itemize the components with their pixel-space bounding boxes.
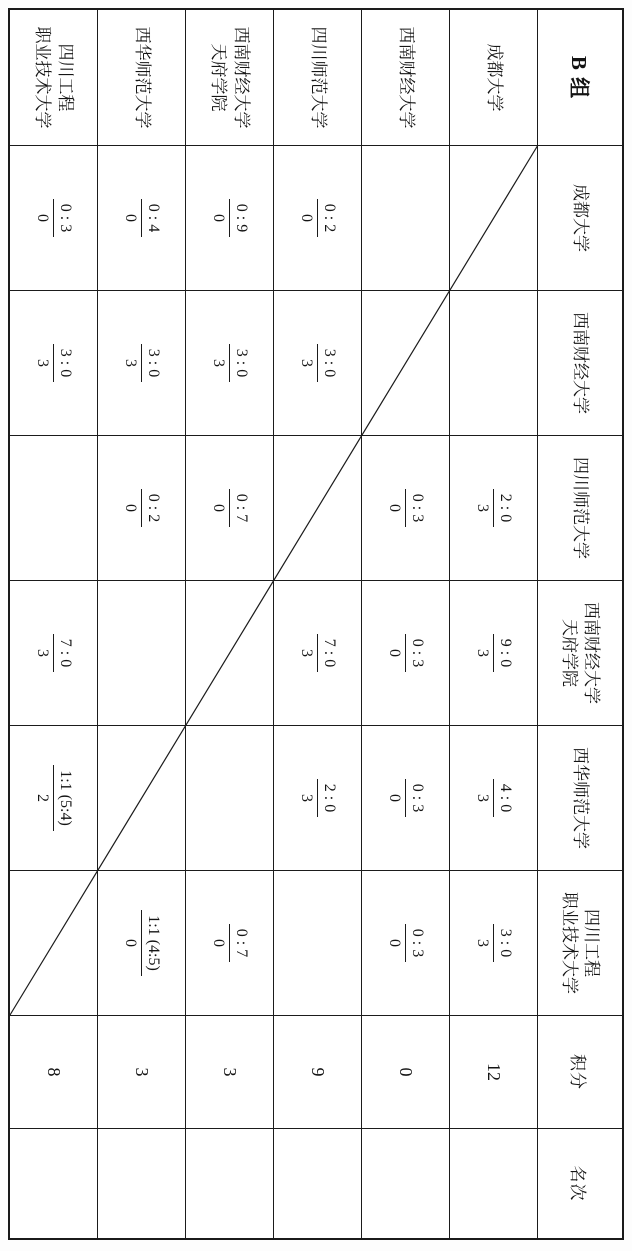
match-score: 0 : 7 (229, 489, 250, 527)
team-header-tianfu: 西南财经大学 天府学院 (538, 580, 622, 725)
points-header-cell: 积分 (538, 1015, 622, 1128)
points-total-cell: 0 (362, 1015, 450, 1128)
score-cell (186, 725, 274, 870)
match-score: 3 : 0 (141, 344, 162, 382)
score-cell: 0 : 70 (186, 435, 274, 580)
team-header-cwnu: 西华师范大学 (538, 725, 622, 870)
score-cell: 4 : 03 (450, 725, 538, 870)
match-points: 0 (209, 504, 227, 512)
score-cell: 3 : 03 (186, 290, 274, 435)
match-score: 0 : 3 (405, 489, 426, 527)
match-points: 0 (121, 939, 139, 947)
score-cell: 3 : 03 (10, 290, 98, 435)
score-cell: 0 : 30 (362, 580, 450, 725)
score-cell (274, 870, 362, 1015)
results-grid: B 组 成都大学 西南财经大学 四川师范大学 西南财经大学 天府学院 西华师范大… (10, 10, 622, 1238)
team-header-chengdu: 成都大学 (538, 145, 622, 290)
match-score: 0 : 7 (229, 924, 250, 962)
score-cell: 0 : 70 (186, 870, 274, 1015)
match-points: 2 (33, 794, 51, 802)
match-points: 0 (33, 214, 51, 222)
group-cell: B 组 (538, 10, 622, 145)
points-total-cell: 8 (10, 1015, 98, 1128)
match-score: 0 : 3 (405, 924, 426, 962)
points-total-cell: 3 (186, 1015, 274, 1128)
rank-cell (362, 1128, 450, 1238)
score-cell: 3 : 03 (450, 870, 538, 1015)
score-cell (450, 290, 538, 435)
score-cell: 1:1 (5:4)2 (10, 725, 98, 870)
team-label-cell: 四川工程 职业技术大学 (10, 10, 98, 145)
match-score: 0 : 9 (229, 199, 250, 237)
points-total-cell: 3 (98, 1015, 186, 1128)
team-header-sicnu: 四川师范大学 (538, 435, 622, 580)
rank-header-cell: 名次 (538, 1128, 622, 1238)
score-cell: 0 : 30 (362, 870, 450, 1015)
match-points: 0 (385, 649, 403, 657)
match-points: 3 (473, 794, 491, 802)
match-score: 2 : 0 (493, 489, 514, 527)
score-cell: 9 : 03 (450, 580, 538, 725)
match-score: 0 : 2 (317, 199, 338, 237)
match-points: 0 (297, 214, 315, 222)
rank-cell (10, 1128, 98, 1238)
match-points: 0 (121, 504, 139, 512)
self-match-cell (98, 725, 186, 870)
rank-cell (98, 1128, 186, 1238)
match-score: 4 : 0 (493, 779, 514, 817)
self-match-cell (10, 870, 98, 1015)
score-cell: 7 : 03 (274, 580, 362, 725)
rank-cell (186, 1128, 274, 1238)
score-cell: 0 : 20 (98, 435, 186, 580)
rank-cell (450, 1128, 538, 1238)
match-points: 3 (473, 649, 491, 657)
match-score: 1:1 (4:5) (141, 910, 162, 976)
match-points: 0 (385, 504, 403, 512)
score-cell: 0 : 20 (274, 145, 362, 290)
score-cell: 0 : 30 (362, 725, 450, 870)
match-points: 3 (297, 649, 315, 657)
rank-cell (274, 1128, 362, 1238)
match-points: 0 (209, 214, 227, 222)
match-score: 9 : 0 (493, 634, 514, 672)
score-cell: 3 : 03 (98, 290, 186, 435)
team-label-cell: 四川师范大学 (274, 10, 362, 145)
score-cell (98, 580, 186, 725)
score-cell: 0 : 30 (362, 435, 450, 580)
match-score: 7 : 0 (317, 634, 338, 672)
match-points: 3 (33, 359, 51, 367)
self-match-cell (362, 290, 450, 435)
team-label-cell: 成都大学 (450, 10, 538, 145)
score-cell: 3 : 03 (274, 290, 362, 435)
match-points: 3 (121, 359, 139, 367)
match-score: 7 : 0 (53, 634, 74, 672)
score-cell: 0 : 40 (98, 145, 186, 290)
match-score: 3 : 0 (229, 344, 250, 382)
team-label-cell: 西南财经大学 (362, 10, 450, 145)
score-cell: 2 : 03 (274, 725, 362, 870)
match-points: 0 (385, 939, 403, 947)
match-points: 3 (297, 794, 315, 802)
match-score: 0 : 2 (141, 489, 162, 527)
match-points: 0 (209, 939, 227, 947)
points-total-cell: 12 (450, 1015, 538, 1128)
score-cell (362, 145, 450, 290)
team-header-swufe: 西南财经大学 (538, 290, 622, 435)
match-score: 1:1 (5:4) (53, 765, 74, 831)
match-score: 3 : 0 (53, 344, 74, 382)
self-match-cell (274, 435, 362, 580)
match-score: 3 : 0 (493, 924, 514, 962)
match-points: 0 (121, 214, 139, 222)
self-match-cell (186, 580, 274, 725)
match-points: 3 (297, 359, 315, 367)
team-label-cell: 西南财经大学 天府学院 (186, 10, 274, 145)
match-score: 0 : 3 (53, 199, 74, 237)
match-score: 0 : 3 (405, 634, 426, 672)
scanned-score-sheet: B 组 成都大学 西南财经大学 四川师范大学 西南财经大学 天府学院 西华师范大… (0, 0, 632, 1251)
self-match-cell (450, 145, 538, 290)
match-points: 3 (473, 504, 491, 512)
score-cell: 7 : 03 (10, 580, 98, 725)
match-points: 3 (33, 649, 51, 657)
score-cell: 0 : 90 (186, 145, 274, 290)
match-score: 0 : 4 (141, 199, 162, 237)
match-points: 0 (385, 794, 403, 802)
match-score: 2 : 0 (317, 779, 338, 817)
score-cell: 1:1 (4:5)0 (98, 870, 186, 1015)
team-header-scetc: 四川工程 职业技术大学 (538, 870, 622, 1015)
score-cell (10, 435, 98, 580)
points-total-cell: 9 (274, 1015, 362, 1128)
match-points: 3 (473, 939, 491, 947)
score-cell: 2 : 03 (450, 435, 538, 580)
match-results-table: B 组 成都大学 西南财经大学 四川师范大学 西南财经大学 天府学院 西华师范大… (8, 8, 624, 1240)
match-score: 0 : 3 (405, 779, 426, 817)
match-points: 3 (209, 359, 227, 367)
score-cell: 0 : 30 (10, 145, 98, 290)
team-label-cell: 西华师范大学 (98, 10, 186, 145)
match-score: 3 : 0 (317, 344, 338, 382)
